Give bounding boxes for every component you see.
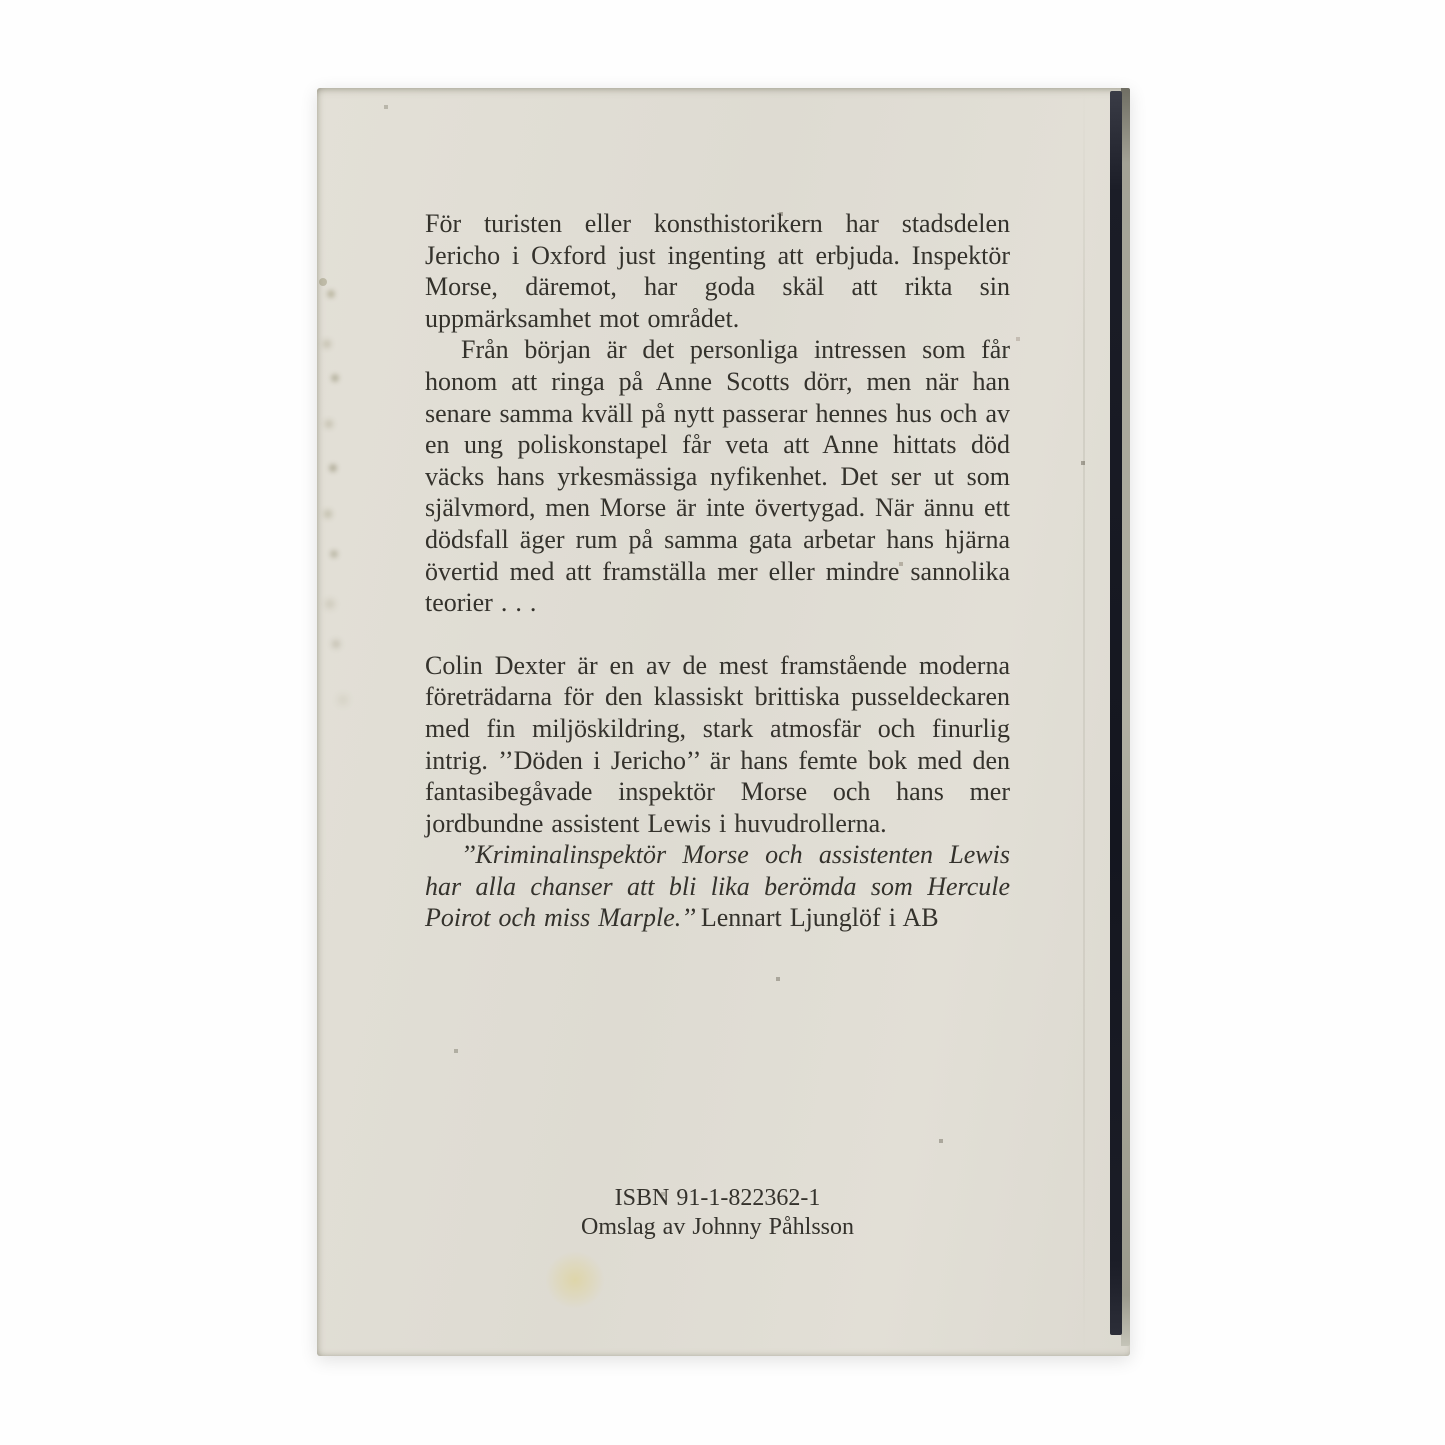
- colophon: ISBN 91-1-822362-1 Omslag av Johnny Påhl…: [425, 1184, 1010, 1242]
- book-page-edge: [1121, 88, 1130, 1346]
- dust-specks: [317, 88, 319, 90]
- yellow-stain: [545, 1251, 605, 1309]
- synopsis-paragraph-1: För turisten eller konsthistorikern har …: [425, 208, 1010, 334]
- cover-credit-line: Omslag av Johnny Påhlsson: [425, 1213, 1010, 1242]
- synopsis-paragraph-2: Från början är det personliga intressen …: [425, 334, 1010, 618]
- author-paragraph: Colin Dexter är en av de mest framståend…: [425, 650, 1010, 840]
- isbn-line: ISBN 91-1-822362-1: [425, 1184, 1010, 1213]
- review-quote-attribution: Lennart Ljunglöf i AB: [701, 903, 939, 932]
- jacket-fold-line: [1083, 88, 1085, 1356]
- synopsis-text-block: För turisten eller konsthistorikern har …: [425, 208, 1010, 934]
- book-back-cover: För turisten eller konsthistorikern har …: [317, 88, 1130, 1356]
- edge-smudge-stains: [319, 278, 327, 286]
- review-quote: ’’Kriminalinspektör Morse och assistente…: [425, 839, 1010, 934]
- book-spine-edge: [1110, 91, 1122, 1335]
- photo-background: För turisten eller konsthistorikern har …: [0, 0, 1445, 1445]
